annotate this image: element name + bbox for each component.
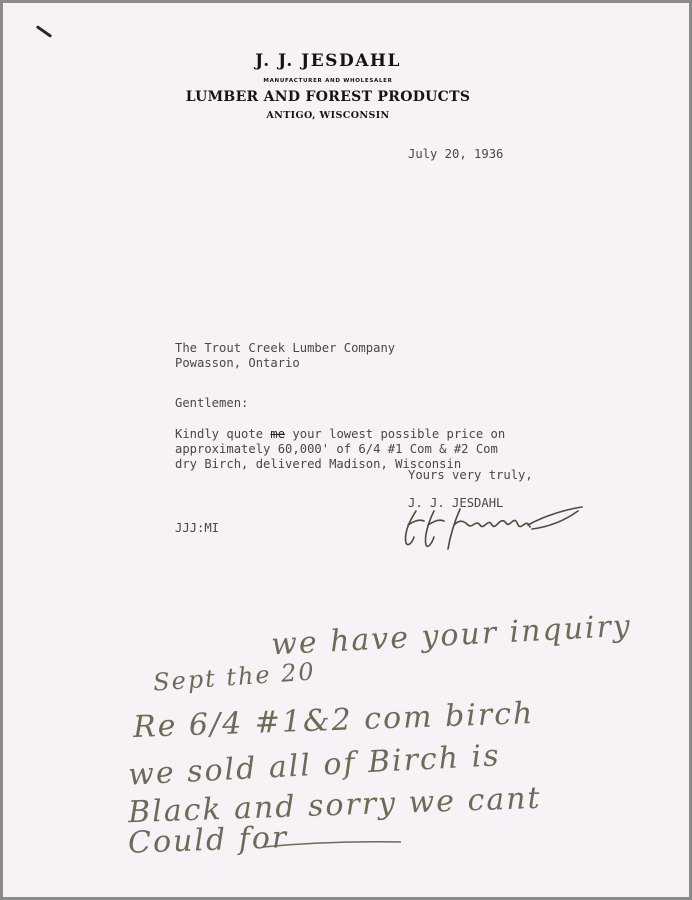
closing: Yours very truly, [408,468,533,483]
handwritten-note-line-3: Re 6/4 #1&2 com birch [133,696,535,745]
struck-word: me [270,427,285,441]
body-line-1-start: Kindly quote [175,427,270,441]
company-location: ANTIGO, WISCONSIN [0,110,689,121]
handwritten-trailing-stroke [263,839,403,851]
handwritten-note-line-1: we have your inquiry [270,609,632,663]
recipient-line-2: Powasson, Ontario [175,356,300,370]
company-subtitle: MANUFACTURER AND WHOLESALER [0,78,689,84]
letter-page: J. J. JESDAHL MANUFACTURER AND WHOLESALE… [3,3,689,897]
body-line-2: approximately 60,000' of 6/4 #1 Com & #2… [175,442,498,456]
letter-body: Kindly quote me your lowest possible pri… [175,427,505,472]
recipient-address: The Trout Creek Lumber Company Powasson,… [175,341,395,371]
pencil-mark [36,25,52,38]
reference-initials: JJJ:MI [175,521,219,536]
letter-date: July 20, 1936 [408,147,503,162]
salutation: Gentlemen: [175,396,248,411]
company-products: LUMBER AND FOREST PRODUCTS [0,89,689,105]
company-name: J. J. JESDAHL [0,51,689,71]
letterhead: J. J. JESDAHL MANUFACTURER AND WHOLESALE… [3,51,689,121]
handwritten-signature [398,503,588,553]
recipient-line-1: The Trout Creek Lumber Company [175,341,395,355]
body-line-1-end: your lowest possible price on [285,427,505,441]
handwritten-note-line-2: Sept the 20 [152,657,316,696]
